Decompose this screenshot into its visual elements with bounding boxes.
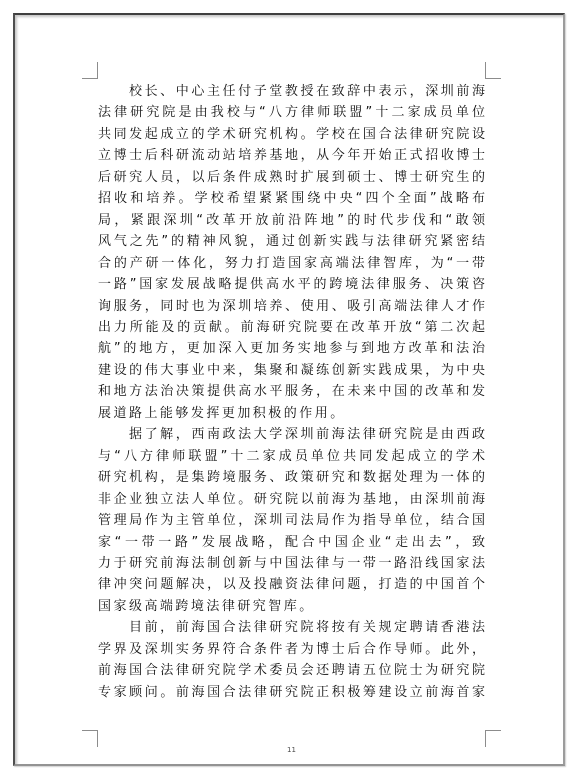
text-line: 律冲突问题解决，以及投融资法律问题，打造的中国首个 bbox=[98, 574, 485, 595]
crop-mark-top-left bbox=[82, 62, 98, 79]
text-line: 管理局作为主管单位，深圳司法局作为指导单位，结合国 bbox=[98, 510, 485, 531]
text-line: 建设的伟大事业中来，集聚和凝练创新实践成果，为中央 bbox=[98, 360, 485, 381]
text-line: 非企业独立法人单位。研究院以前海为基地，由深圳前海 bbox=[98, 489, 485, 510]
text-line: 法律研究院是由我校与“八方律师联盟”十二家成员单位 bbox=[98, 102, 485, 123]
text-line: 据了解，西南政法大学深圳前海法律研究院是由西政 bbox=[98, 424, 485, 445]
text-line: 后研究人员，以后条件成熟时扩展到硕士、博士研究生的 bbox=[98, 167, 485, 188]
text-line: 合的产研一体化，努力打造国家高端法律智库，为“一带 bbox=[98, 253, 485, 274]
paragraph-1: 校长、中心主任付子堂教授在致辞中表示，深圳前海 法律研究院是由我校与“八方律师联… bbox=[98, 81, 485, 424]
paragraph-3: 目前，前海国合法律研究院将按有关规定聘请香港法 学界及深圳实务界符合条件者为博士… bbox=[98, 617, 485, 703]
document-page: 校长、中心主任付子堂教授在致辞中表示，深圳前海 法律研究院是由我校与“八方律师联… bbox=[13, 13, 565, 766]
crop-mark-top-right bbox=[485, 62, 501, 79]
text-line: 航”的地方，更加深入更加务实地参与到地方改革和法治 bbox=[98, 338, 485, 359]
text-line: 家“一带一路”发展战略，配合中国企业“走出去”，致 bbox=[98, 532, 485, 553]
text-line: 研究机构，是集跨境服务、政策研究和数据处理为一体的 bbox=[98, 467, 485, 488]
text-line: 招收和培养。学校希望紧紧围绕中央“四个全面”战略布 bbox=[98, 188, 485, 209]
text-line: 前海国合法律研究院学术委员会还聘请五位院士为研究院 bbox=[98, 660, 485, 681]
paragraph-2: 据了解，西南政法大学深圳前海法律研究院是由西政 与“八方律师联盟”十二家成员单位… bbox=[98, 424, 485, 617]
text-line: 国家级高端跨境法律研究智库。 bbox=[98, 596, 485, 617]
text-line: 校长、中心主任付子堂教授在致辞中表示，深圳前海 bbox=[98, 81, 485, 102]
text-line: 专家顾问。前海国合法律研究院正积极筹建设立前海首家 bbox=[98, 682, 485, 703]
crop-mark-bottom-right bbox=[485, 730, 501, 747]
text-line: 展道路上能够发挥更加积极的作用。 bbox=[98, 403, 485, 424]
text-line: 学界及深圳实务界符合条件者为博士后合作导师。此外， bbox=[98, 639, 485, 660]
text-line: 出力所能及的贡献。前海研究院要在改革开放“第二次起 bbox=[98, 317, 485, 338]
text-line: 一路”国家发展战略提供高水平的跨境法律服务、决策咨 bbox=[98, 274, 485, 295]
text-line: 局，紧跟深圳“改革开放前沿阵地”的时代步伐和“敢领 bbox=[98, 210, 485, 231]
text-line: 与“八方律师联盟”十二家成员单位共同发起成立的学术 bbox=[98, 446, 485, 467]
crop-mark-bottom-left bbox=[82, 730, 98, 747]
text-line: 力于研究前海法制创新与中国法律与一带一路沿线国家法 bbox=[98, 553, 485, 574]
page-number: 11 bbox=[281, 746, 302, 755]
body-text: 校长、中心主任付子堂教授在致辞中表示，深圳前海 法律研究院是由我校与“八方律师联… bbox=[98, 81, 485, 703]
text-line: 风气之先”的精神风貌，通过创新实践与法律研究紧密结 bbox=[98, 231, 485, 252]
text-line: 询服务，同时也为深圳培养、使用、吸引高端法律人才作 bbox=[98, 296, 485, 317]
text-line: 立博士后科研流动站培养基地，从今年开始正式招收博士 bbox=[98, 145, 485, 166]
text-line: 和地方法治决策提供高水平服务，在未来中国的改革和发 bbox=[98, 381, 485, 402]
text-line: 目前，前海国合法律研究院将按有关规定聘请香港法 bbox=[98, 617, 485, 638]
text-line: 共同发起成立的学术研究机构。学校在国合法律研究院设 bbox=[98, 124, 485, 145]
